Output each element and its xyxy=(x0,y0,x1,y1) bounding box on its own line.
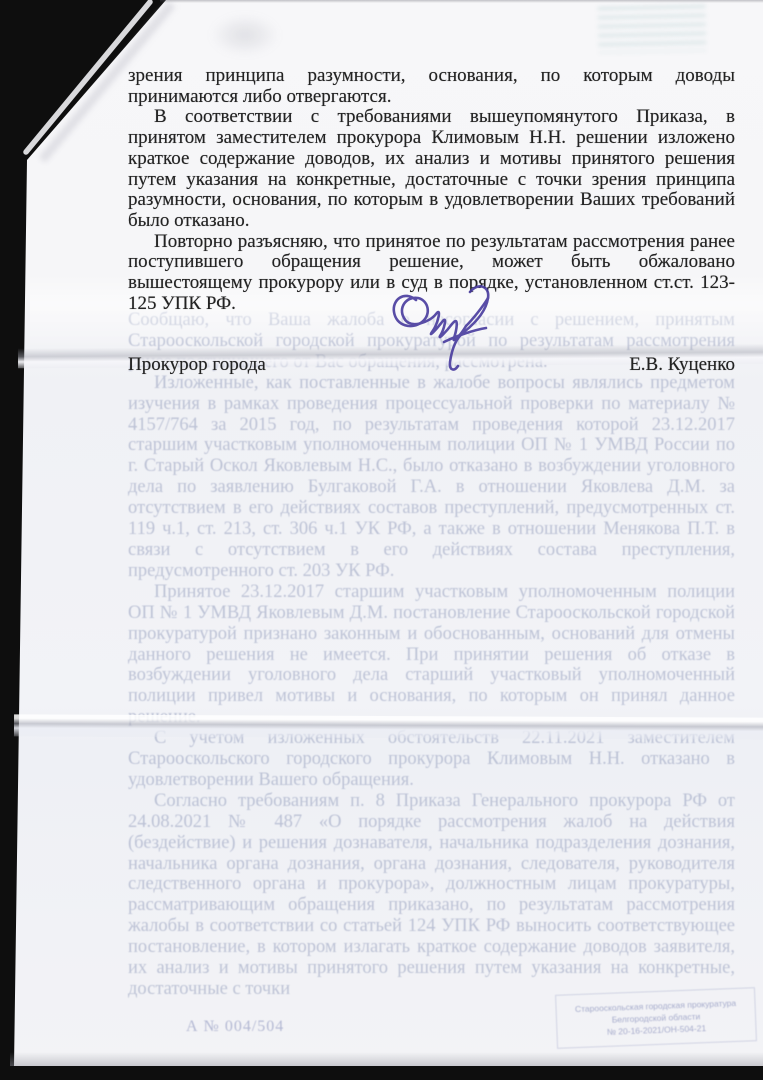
letter-paragraph: зрения принципа разумности, основания, п… xyxy=(128,66,735,107)
bleed-paragraph: С учетом изложенных обстоятельств 22.11.… xyxy=(128,728,735,791)
bleedthrough-text: Сообщаю, что Ваша жалоба о несогласии с … xyxy=(128,310,735,1000)
scanned-letter-page: Сообщаю, что Ваша жалоба о несогласии с … xyxy=(0,0,763,1080)
signature-ink xyxy=(386,278,502,378)
letter-paragraph: В соответствии с требованиями вышеупомян… xyxy=(128,107,735,231)
signer-name: Е.В. Куценко xyxy=(629,355,735,376)
signer-title: Прокурор города xyxy=(128,355,266,376)
bleed-paragraph: Согласно требованиям п. 8 Приказа Генера… xyxy=(128,791,735,1000)
bleed-paragraph: Принятое 23.12.2017 старшим участковым у… xyxy=(128,582,735,728)
bleed-paragraph: Изложенные, как поставленные в жалобе во… xyxy=(128,373,735,582)
